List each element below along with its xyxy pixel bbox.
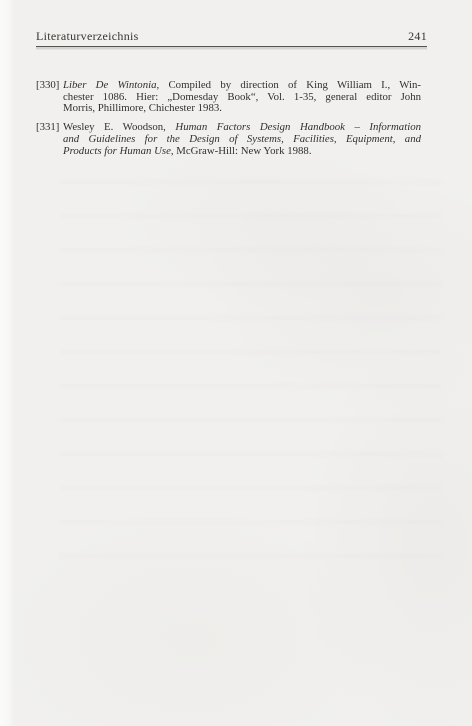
entry-line: Wesley E. Woodson, Human Factors Design … <box>63 122 421 134</box>
entry-text: Liber De Wintonia, Compiled by direction… <box>63 80 421 115</box>
reference-title: Products for Human Use <box>63 146 171 157</box>
reference-title: Human Factors Design Handbook – Informat… <box>175 122 421 133</box>
reference-title: Liber De Wintonia <box>63 80 157 91</box>
book-page: Literaturverzeichnis 241 [330] Liber De … <box>0 0 472 726</box>
running-header-title: Literaturverzeichnis <box>36 30 139 43</box>
entry-line: chester 1086. Hier: „Domesday Book“, Vol… <box>63 92 421 104</box>
entry-line: Products for Human Use, McGraw-Hill: New… <box>63 146 421 158</box>
entry-line: and Guidelines for the Design of Systems… <box>63 134 421 146</box>
reference-detail: Morris, Phillimore, Chichester 1983. <box>63 103 222 114</box>
reference-detail: chester 1086. Hier: „Domesday Book“, Vol… <box>63 92 421 103</box>
running-header: Literaturverzeichnis 241 <box>36 30 427 47</box>
entry-label: [331] <box>36 122 63 157</box>
entry-line: Liber De Wintonia, Compiled by direction… <box>63 80 421 92</box>
bibliography-list: [330] Liber De Wintonia, Compiled by dir… <box>36 80 421 157</box>
reference-detail: , McGraw-Hill: New York 1988. <box>171 146 312 157</box>
entry-label: [330] <box>36 80 63 115</box>
entry-line: Morris, Phillimore, Chichester 1983. <box>63 103 421 115</box>
entry-text: Wesley E. Woodson, Human Factors Design … <box>63 122 421 157</box>
bibliography-entry: [331] Wesley E. Woodson, Human Factors D… <box>36 122 421 157</box>
reference-author: Wesley E. Woodson, <box>63 122 175 133</box>
reference-title: and Guidelines for the Design of Systems… <box>63 134 421 145</box>
reference-detail: , Compiled by direction of King William … <box>157 80 421 91</box>
bibliography-entry: [330] Liber De Wintonia, Compiled by dir… <box>36 80 421 115</box>
page-number: 241 <box>408 30 427 43</box>
